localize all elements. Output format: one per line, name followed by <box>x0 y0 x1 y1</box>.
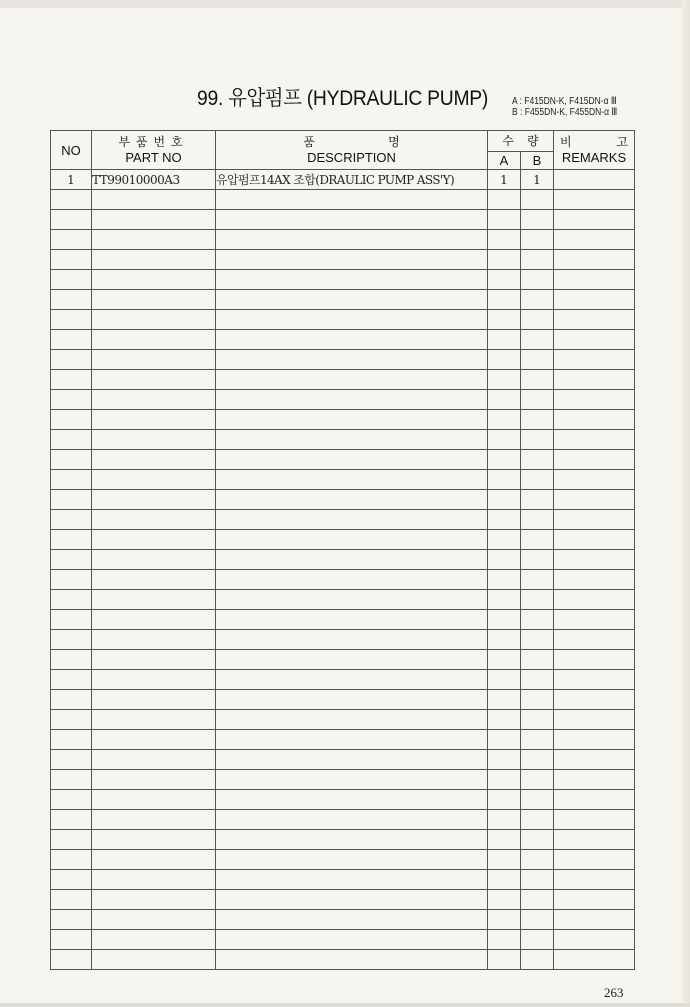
cell-remarks <box>554 290 635 310</box>
cell-description <box>216 630 488 650</box>
cell-qty-b <box>521 810 554 830</box>
cell-remarks <box>554 530 635 550</box>
cell-qty-b: 1 <box>521 170 554 190</box>
table-row-blank <box>51 190 635 210</box>
model-legend: A : F415DN-K, F415DN-α Ⅲ B : F455DN-K, F… <box>512 96 617 118</box>
cell-description <box>216 650 488 670</box>
table-row-blank <box>51 550 635 570</box>
cell-qty-b <box>521 690 554 710</box>
cell-part-no <box>92 430 216 450</box>
cell-qty-a <box>488 690 521 710</box>
cell-description: 유압펌프14AX 조합(DRAULIC PUMP ASS'Y) <box>216 170 488 190</box>
cell-qty-a <box>488 330 521 350</box>
scan-edge-right <box>682 0 690 1007</box>
cell-no <box>51 330 92 350</box>
cell-no <box>51 650 92 670</box>
cell-description <box>216 770 488 790</box>
cell-description <box>216 310 488 330</box>
cell-description <box>216 790 488 810</box>
cell-no <box>51 690 92 710</box>
cell-description <box>216 550 488 570</box>
cell-part-no <box>92 230 216 250</box>
cell-remarks <box>554 230 635 250</box>
cell-remarks <box>554 470 635 490</box>
cell-part-no <box>92 410 216 430</box>
cell-qty-a <box>488 350 521 370</box>
header-qty-a: A <box>488 152 521 170</box>
cell-description <box>216 890 488 910</box>
cell-part-no <box>92 390 216 410</box>
cell-remarks <box>554 590 635 610</box>
cell-qty-b <box>521 790 554 810</box>
model-legend-a: A : F415DN-K, F415DN-α Ⅲ <box>512 96 617 107</box>
cell-qty-a <box>488 770 521 790</box>
cell-remarks <box>554 450 635 470</box>
cell-qty-b <box>521 270 554 290</box>
cell-qty-b <box>521 330 554 350</box>
cell-description <box>216 270 488 290</box>
cell-remarks <box>554 810 635 830</box>
cell-remarks <box>554 870 635 890</box>
cell-part-no <box>92 750 216 770</box>
cell-no <box>51 390 92 410</box>
cell-part-no <box>92 770 216 790</box>
cell-no <box>51 190 92 210</box>
cell-qty-a <box>488 290 521 310</box>
cell-remarks <box>554 270 635 290</box>
table-row: 1 TT99010000A3 유압펌프14AX 조합(DRAULIC PUMP … <box>51 170 635 190</box>
cell-part-no <box>92 790 216 810</box>
table-row-blank <box>51 850 635 870</box>
table-row-blank <box>51 690 635 710</box>
cell-remarks <box>554 650 635 670</box>
page-title: 99. 유압펌프 (HYDRAULIC PUMP) <box>197 82 488 112</box>
cell-no <box>51 410 92 430</box>
cell-part-no <box>92 670 216 690</box>
cell-qty-a <box>488 910 521 930</box>
cell-qty-b <box>521 750 554 770</box>
cell-qty-b <box>521 710 554 730</box>
table-row-blank <box>51 590 635 610</box>
cell-no <box>51 450 92 470</box>
cell-qty-a <box>488 450 521 470</box>
cell-qty-b <box>521 850 554 870</box>
cell-part-no <box>92 830 216 850</box>
cell-no <box>51 910 92 930</box>
cell-part-no <box>92 730 216 750</box>
cell-description <box>216 910 488 930</box>
cell-part-no: TT99010000A3 <box>92 170 216 190</box>
cell-qty-b <box>521 210 554 230</box>
cell-description <box>216 390 488 410</box>
cell-part-no <box>92 850 216 870</box>
cell-qty-a <box>488 510 521 530</box>
cell-part-no <box>92 690 216 710</box>
cell-qty-a <box>488 190 521 210</box>
cell-description <box>216 750 488 770</box>
table-row-blank <box>51 830 635 850</box>
cell-description <box>216 230 488 250</box>
cell-qty-a <box>488 710 521 730</box>
table-row-blank <box>51 210 635 230</box>
cell-part-no <box>92 310 216 330</box>
cell-qty-b <box>521 570 554 590</box>
cell-qty-a <box>488 530 521 550</box>
table-row-blank <box>51 570 635 590</box>
cell-remarks <box>554 510 635 530</box>
table-row-blank <box>51 390 635 410</box>
cell-qty-a <box>488 870 521 890</box>
cell-remarks <box>554 930 635 950</box>
cell-qty-b <box>521 530 554 550</box>
table-row-blank <box>51 710 635 730</box>
cell-part-no <box>92 650 216 670</box>
cell-no <box>51 530 92 550</box>
table-row-blank <box>51 630 635 650</box>
cell-part-no <box>92 870 216 890</box>
cell-part-no <box>92 570 216 590</box>
cell-qty-b <box>521 370 554 390</box>
cell-remarks <box>554 950 635 970</box>
cell-remarks <box>554 750 635 770</box>
cell-part-no <box>92 550 216 570</box>
table-row-blank <box>51 610 635 630</box>
cell-description <box>216 410 488 430</box>
cell-qty-b <box>521 410 554 430</box>
cell-part-no <box>92 950 216 970</box>
cell-qty-a <box>488 230 521 250</box>
cell-remarks <box>554 570 635 590</box>
table-row-blank <box>51 770 635 790</box>
cell-no <box>51 630 92 650</box>
cell-remarks <box>554 790 635 810</box>
cell-qty-a <box>488 470 521 490</box>
cell-no <box>51 950 92 970</box>
table-row-blank <box>51 750 635 770</box>
cell-qty-b <box>521 770 554 790</box>
cell-qty-a <box>488 890 521 910</box>
cell-remarks <box>554 190 635 210</box>
cell-qty-b <box>521 490 554 510</box>
cell-remarks <box>554 250 635 270</box>
cell-part-no <box>92 810 216 830</box>
cell-description <box>216 350 488 370</box>
cell-no <box>51 750 92 770</box>
cell-no <box>51 210 92 230</box>
table-row-blank <box>51 450 635 470</box>
header-remarks-ko: 비 고 <box>554 135 634 150</box>
header-no: NO <box>51 131 92 170</box>
table-row-blank <box>51 510 635 530</box>
cell-no <box>51 610 92 630</box>
cell-no <box>51 830 92 850</box>
cell-remarks <box>554 630 635 650</box>
cell-qty-a <box>488 570 521 590</box>
cell-part-no <box>92 930 216 950</box>
cell-description <box>216 810 488 830</box>
table-row-blank <box>51 790 635 810</box>
cell-part-no <box>92 490 216 510</box>
cell-remarks <box>554 710 635 730</box>
cell-no <box>51 770 92 790</box>
cell-qty-b <box>521 550 554 570</box>
cell-part-no <box>92 330 216 350</box>
cell-qty-a <box>488 730 521 750</box>
cell-no <box>51 470 92 490</box>
table-row-blank <box>51 950 635 970</box>
cell-remarks <box>554 850 635 870</box>
cell-part-no <box>92 290 216 310</box>
cell-remarks <box>554 610 635 630</box>
cell-remarks <box>554 830 635 850</box>
header-part-no-ko: 부품번호 <box>92 135 215 150</box>
cell-qty-b <box>521 670 554 690</box>
cell-remarks <box>554 330 635 350</box>
table-row-blank <box>51 730 635 750</box>
cell-qty-b <box>521 590 554 610</box>
cell-part-no <box>92 530 216 550</box>
cell-part-no <box>92 190 216 210</box>
table-row-blank <box>51 650 635 670</box>
table-row-blank <box>51 370 635 390</box>
cell-qty-a <box>488 610 521 630</box>
cell-qty-a <box>488 850 521 870</box>
cell-part-no <box>92 350 216 370</box>
cell-no <box>51 570 92 590</box>
cell-remarks <box>554 390 635 410</box>
cell-qty-b <box>521 450 554 470</box>
cell-remarks <box>554 890 635 910</box>
cell-remarks <box>554 350 635 370</box>
cell-description <box>216 690 488 710</box>
cell-part-no <box>92 910 216 930</box>
page-number: 263 <box>604 985 624 1001</box>
cell-description <box>216 930 488 950</box>
cell-qty-b <box>521 390 554 410</box>
header-part-no: 부품번호 PART NO <box>92 131 216 170</box>
cell-qty-a <box>488 790 521 810</box>
cell-description <box>216 730 488 750</box>
cell-no <box>51 670 92 690</box>
cell-description <box>216 370 488 390</box>
cell-part-no <box>92 890 216 910</box>
cell-no <box>51 370 92 390</box>
cell-remarks <box>554 210 635 230</box>
cell-no <box>51 490 92 510</box>
cell-qty-b <box>521 350 554 370</box>
cell-qty-a <box>488 390 521 410</box>
cell-qty-b <box>521 430 554 450</box>
cell-qty-a <box>488 670 521 690</box>
cell-part-no <box>92 470 216 490</box>
table-row-blank <box>51 470 635 490</box>
header-remarks-en: REMARKS <box>554 150 634 165</box>
cell-no <box>51 810 92 830</box>
cell-part-no <box>92 510 216 530</box>
cell-description <box>216 290 488 310</box>
cell-no: 1 <box>51 170 92 190</box>
table-row-blank <box>51 870 635 890</box>
header-qty-b: B <box>521 152 554 170</box>
cell-description <box>216 590 488 610</box>
cell-qty-a <box>488 950 521 970</box>
cell-description <box>216 430 488 450</box>
cell-qty-a <box>488 250 521 270</box>
cell-qty-a <box>488 830 521 850</box>
cell-no <box>51 250 92 270</box>
cell-qty-a <box>488 210 521 230</box>
table-row-blank <box>51 250 635 270</box>
cell-qty-a <box>488 590 521 610</box>
cell-no <box>51 430 92 450</box>
cell-qty-a <box>488 810 521 830</box>
cell-description <box>216 190 488 210</box>
cell-qty-b <box>521 310 554 330</box>
cell-part-no <box>92 710 216 730</box>
header-remarks-ko-left: 비 <box>560 135 572 150</box>
cell-description <box>216 510 488 530</box>
cell-description <box>216 530 488 550</box>
cell-description <box>216 490 488 510</box>
cell-part-no <box>92 610 216 630</box>
cell-description <box>216 710 488 730</box>
cell-no <box>51 270 92 290</box>
table-row-blank <box>51 430 635 450</box>
cell-qty-b <box>521 950 554 970</box>
cell-no <box>51 870 92 890</box>
cell-qty-a <box>488 630 521 650</box>
cell-part-no <box>92 450 216 470</box>
cell-qty-b <box>521 510 554 530</box>
cell-qty-a <box>488 490 521 510</box>
cell-remarks <box>554 770 635 790</box>
header-description-en: DESCRIPTION <box>216 150 487 165</box>
cell-description <box>216 670 488 690</box>
cell-qty-a <box>488 410 521 430</box>
table-row-blank <box>51 410 635 430</box>
cell-qty-a <box>488 550 521 570</box>
cell-no <box>51 350 92 370</box>
cell-description <box>216 950 488 970</box>
cell-qty-a <box>488 930 521 950</box>
cell-qty-a <box>488 650 521 670</box>
cell-qty-b <box>521 730 554 750</box>
cell-part-no <box>92 590 216 610</box>
cell-part-no <box>92 210 216 230</box>
cell-remarks <box>554 550 635 570</box>
cell-no <box>51 310 92 330</box>
table-row-blank <box>51 270 635 290</box>
cell-qty-b <box>521 910 554 930</box>
cell-qty-b <box>521 930 554 950</box>
cell-part-no <box>92 270 216 290</box>
header-remarks: 비 고 REMARKS <box>554 131 635 170</box>
cell-part-no <box>92 250 216 270</box>
cell-remarks <box>554 410 635 430</box>
header-description: 품 명 DESCRIPTION <box>216 131 488 170</box>
cell-description <box>216 470 488 490</box>
table-row-blank <box>51 290 635 310</box>
cell-description <box>216 570 488 590</box>
cell-no <box>51 850 92 870</box>
header-description-ko: 품 명 <box>216 135 487 150</box>
cell-description <box>216 210 488 230</box>
table-row-blank <box>51 890 635 910</box>
header-remarks-ko-right: 고 <box>616 135 628 150</box>
cell-qty-b <box>521 890 554 910</box>
cell-qty-b <box>521 470 554 490</box>
cell-remarks <box>554 170 635 190</box>
table-row-blank <box>51 330 635 350</box>
cell-remarks <box>554 690 635 710</box>
cell-qty-a <box>488 310 521 330</box>
table-row-blank <box>51 350 635 370</box>
cell-qty-b <box>521 250 554 270</box>
table-row-blank <box>51 930 635 950</box>
cell-description <box>216 870 488 890</box>
cell-no <box>51 730 92 750</box>
cell-qty-b <box>521 870 554 890</box>
cell-qty-a <box>488 270 521 290</box>
cell-description <box>216 610 488 630</box>
table-row-blank <box>51 810 635 830</box>
cell-qty-a <box>488 430 521 450</box>
cell-description <box>216 850 488 870</box>
cell-remarks <box>554 310 635 330</box>
scan-edge-bottom <box>0 1003 690 1007</box>
cell-remarks <box>554 370 635 390</box>
scan-edge-top <box>0 0 690 8</box>
cell-remarks <box>554 670 635 690</box>
cell-qty-b <box>521 190 554 210</box>
cell-description <box>216 330 488 350</box>
cell-description <box>216 830 488 850</box>
cell-part-no <box>92 370 216 390</box>
table-row-blank <box>51 910 635 930</box>
header-part-no-en: PART NO <box>92 150 215 165</box>
cell-qty-a <box>488 750 521 770</box>
header-quantity: 수 량 <box>488 131 554 152</box>
cell-qty-b <box>521 830 554 850</box>
cell-no <box>51 550 92 570</box>
cell-part-no <box>92 630 216 650</box>
cell-remarks <box>554 910 635 930</box>
cell-qty-b <box>521 230 554 250</box>
cell-no <box>51 790 92 810</box>
table-row-blank <box>51 310 635 330</box>
cell-no <box>51 590 92 610</box>
cell-qty-a <box>488 370 521 390</box>
cell-no <box>51 710 92 730</box>
cell-qty-b <box>521 630 554 650</box>
cell-no <box>51 890 92 910</box>
table-row-blank <box>51 230 635 250</box>
cell-no <box>51 290 92 310</box>
cell-qty-a: 1 <box>488 170 521 190</box>
cell-no <box>51 510 92 530</box>
cell-qty-b <box>521 610 554 630</box>
table-row-blank <box>51 530 635 550</box>
model-legend-b: B : F455DN-K, F455DN-α Ⅲ <box>512 107 617 118</box>
cell-description <box>216 250 488 270</box>
cell-description <box>216 450 488 470</box>
cell-remarks <box>554 730 635 750</box>
cell-qty-b <box>521 650 554 670</box>
parts-table: NO 부품번호 PART NO 품 명 DESCRIPTION 수 량 비 고 … <box>50 130 635 970</box>
cell-no <box>51 930 92 950</box>
cell-remarks <box>554 490 635 510</box>
cell-no <box>51 230 92 250</box>
